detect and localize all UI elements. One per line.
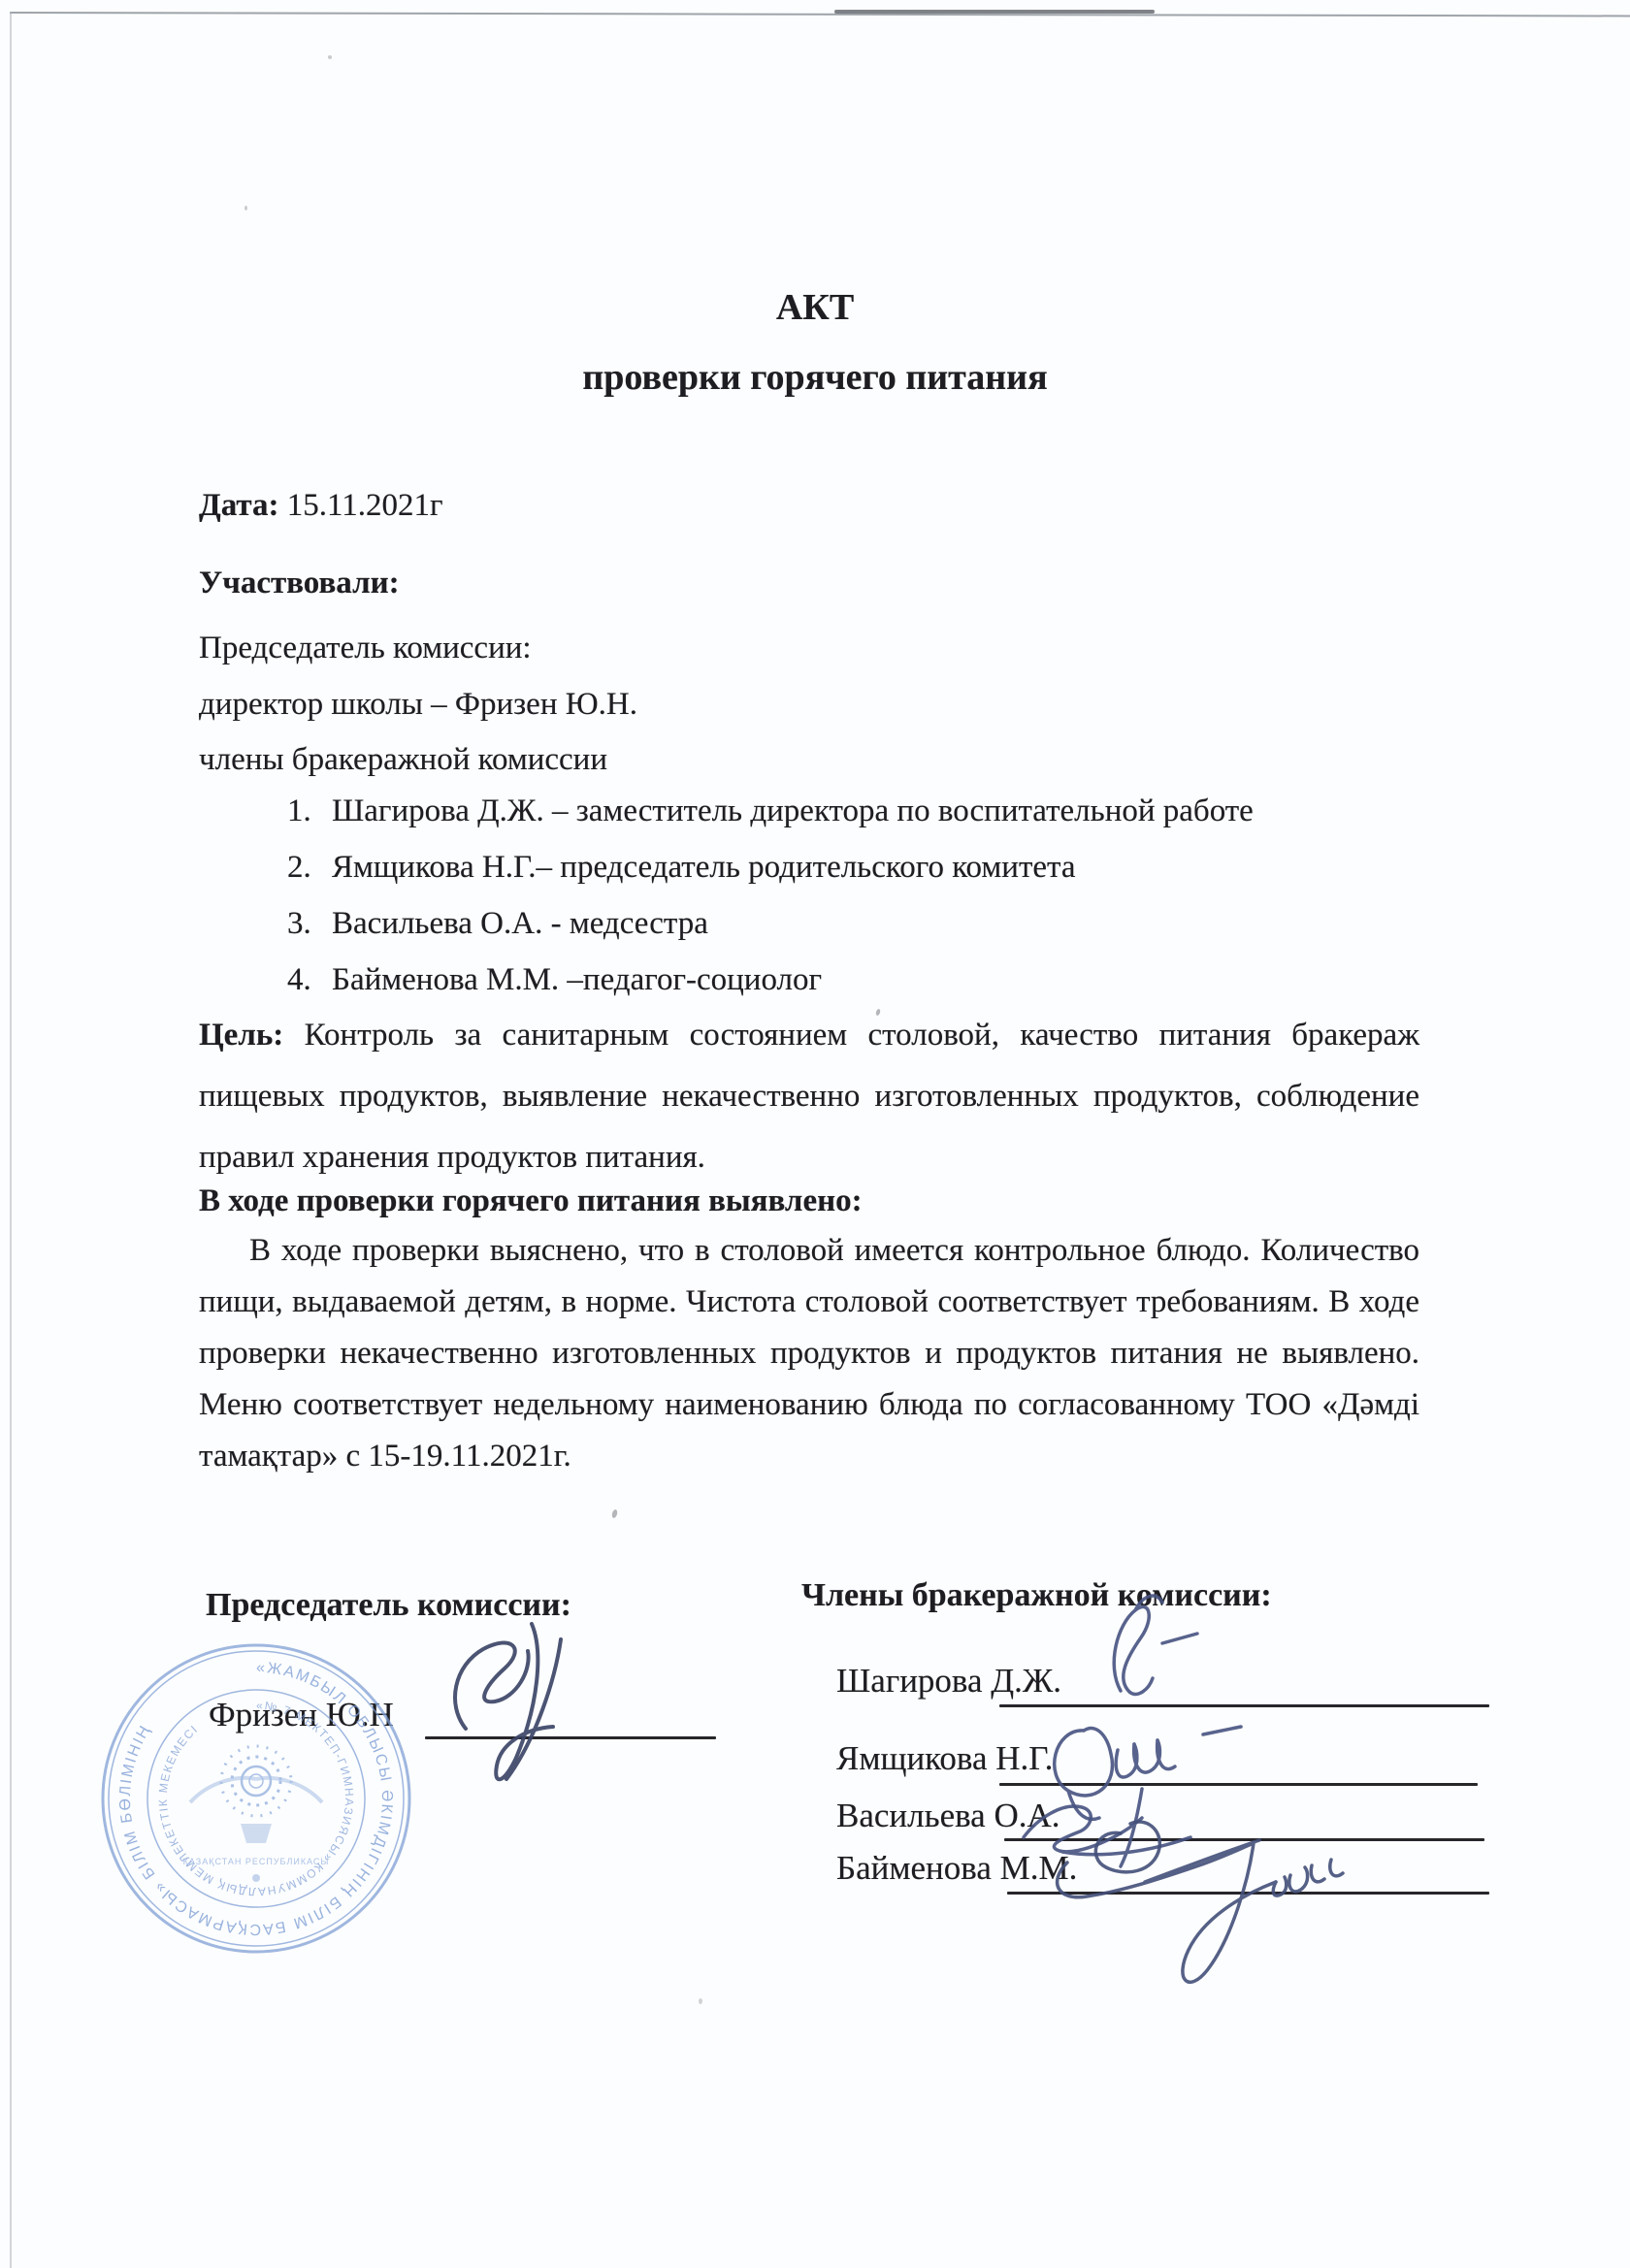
members-intro-line: члены бракеражной комиссии (199, 742, 1419, 778)
chair-person-line: директор школы – Фризен Ю.Н. (199, 687, 1419, 723)
goal-text: Контроль за санитарным состоянием столов… (199, 1018, 1419, 1175)
stamp-center-text: ҚАЗАҚСТАН РЕСПУБЛИКАСЫ (183, 1857, 330, 1866)
scan-edge-top (10, 12, 1630, 16)
member-item: 2.Ямщикова Н.Г.– председатель родительск… (287, 850, 1432, 906)
findings-paragraph: В ходе проверки выяснено, что в столовой… (199, 1225, 1419, 1482)
scan-speck (699, 1998, 702, 2004)
participants-heading: Участвовали: (199, 566, 1419, 601)
member-number: 1. (287, 794, 332, 829)
member-number: 2. (287, 850, 332, 886)
scan-edge-shadow (834, 10, 1155, 14)
member-signature-name: Ямщикова Н.Г. (836, 1739, 1053, 1777)
member-signature (1028, 1790, 1378, 1998)
date-line: Дата: 15.11.2021г (199, 488, 1419, 524)
member-text: Шагирова Д.Ж. – заместитель директора по… (332, 794, 1254, 828)
document-subtitle: проверки горячего питания (0, 357, 1630, 399)
member-list: 1.Шагирова Д.Ж. – заместитель директора … (287, 794, 1432, 1019)
goal-paragraph: Цель: Контроль за санитарным состоянием … (199, 1005, 1419, 1188)
stamp-inner-text: «№ 7 МЕКТЕП-ГИМНАЗИЯСЫ» КОММУНАЛДЫҚ МЕМЛ… (156, 1699, 356, 1898)
goal-label: Цель: (199, 1018, 283, 1053)
chair-signature (407, 1612, 631, 1806)
findings-heading: В ходе проверки горячего питания выявлен… (199, 1183, 1419, 1219)
member-item: 1.Шагирова Д.Ж. – заместитель директора … (287, 794, 1432, 850)
member-number: 4. (287, 962, 332, 998)
school-stamp: «ЖАМБЫЛ ОБЛЫСЫ ӘКІМДІГІНІҢ БІЛІМ БАСҚАРМ… (93, 1636, 419, 1961)
svg-text:«№ 7 МЕКТЕП-ГИМНАЗИЯСЫ» КОММУН: «№ 7 МЕКТЕП-ГИМНАЗИЯСЫ» КОММУНАЛДЫҚ МЕМЛ… (156, 1699, 356, 1898)
scan-speck (244, 206, 247, 211)
member-text: Ямщикова Н.Г.– председатель родительског… (332, 850, 1076, 885)
member-text: Васильева О.А. - медсестра (332, 906, 708, 941)
scanned-document-page: АКТ проверки горячего питания Дата: 15.1… (0, 0, 1630, 2268)
date-label: Дата: (199, 488, 278, 523)
scan-edge-left (10, 12, 12, 2268)
scan-speck (328, 55, 332, 59)
document-title: АКТ (0, 287, 1630, 329)
member-text: Байменова М.М. –педагог-социолог (332, 962, 822, 997)
member-item: 3.Васильева О.А. - медсестра (287, 906, 1432, 962)
member-number: 3. (287, 906, 332, 942)
date-value: 15.11.2021г (287, 488, 443, 523)
scan-speck (611, 1509, 618, 1519)
chair-role-line: Председатель комиссии: (199, 631, 1419, 666)
